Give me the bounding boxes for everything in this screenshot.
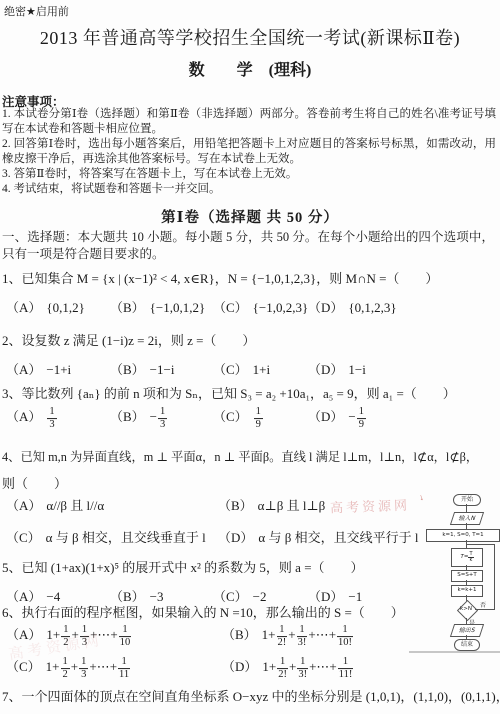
flowchart-init-node: k=1, S=0, T=1 <box>426 529 500 542</box>
option-a: （A）{0,1,2} <box>6 297 85 316</box>
flowchart-assign-k-node: k=k+1 <box>451 585 483 597</box>
option-label: （B） <box>222 627 257 642</box>
flowchart-connector <box>466 504 467 512</box>
question-1-options: （A）{0,1,2} （B）{−1,0,1,2} （C）{−1,0,2,3} （… <box>0 297 500 317</box>
option-value: α⊥β 且 l⊥β <box>258 498 326 513</box>
option-label: （D） <box>308 300 343 315</box>
option-label: （D） <box>222 659 257 674</box>
option-value: 1+12!+13!+⋯+111! <box>262 659 354 674</box>
option-value: 1+i <box>253 362 270 377</box>
notice-item: 3. 答第Ⅱ卷时，将答案写在答题卡上，写在本试卷上无效。 <box>2 167 496 182</box>
option-value: α 与 β 相交，且交线垂直于 l <box>46 530 206 545</box>
option-value: −19 <box>348 409 367 424</box>
option-value: 1+12!+13!+⋯+110! <box>262 627 354 642</box>
flowchart-end-node: 结束 <box>454 639 480 651</box>
option-value: {−1,0,2,3} <box>253 300 309 315</box>
exam-subject: 数 学 (理科) <box>0 57 500 80</box>
option-value: {0,1,2} <box>46 300 84 315</box>
question-4-stem: 4、已知 m,n 为异面直线，m ⊥ 平面α，n ⊥ 平面β。直线 l 满足 l… <box>2 447 478 465</box>
option-label: （C） <box>213 409 248 424</box>
option-value: 1+12+13+⋯+111 <box>46 659 131 674</box>
exam-paper-page: 绝密★启用前 2013 年普通高等学校招生全国统一考试(新课标Ⅱ卷) 数 学 (… <box>0 0 500 714</box>
exam-title: 2013 年普通高等学校招生全国统一考试(新课标Ⅱ卷) <box>0 24 500 50</box>
watermark: 高考资源网 <box>330 495 411 517</box>
question-2-options: （A）−1+i （B）−1−i （C）1+i （D）1−i <box>0 359 500 379</box>
question-3-options: （A）13 （B）−13 （C）19 （D）−19 <box>0 402 500 434</box>
option-label: （A） <box>6 362 41 377</box>
option-label: （B） <box>218 498 253 513</box>
option-c: （C）{−1,0,2,3} <box>213 297 308 316</box>
option-value: −1+i <box>46 362 71 377</box>
notice-item: 4. 考试结束，将试题卷和答题卡一并交回。 <box>2 182 496 197</box>
option-label: （C） <box>213 362 248 377</box>
option-value: 19 <box>253 409 264 424</box>
question-6-stem: 6、执行右面的程序框图，如果输入的 N =10，那么输出的 S =（ ） <box>2 602 404 621</box>
option-d: （D）{0,1,2,3} <box>308 297 397 316</box>
program-flowchart: 开始 输入N k=1, S=0, T=1 T=Tk S=S+T k=k+1 k>… <box>424 492 500 654</box>
question-7-stem: 7、一个四面体的顶点在空间直角坐标系 O−xyz 中的坐标分别是 (1,0,1)… <box>2 686 500 705</box>
option-value: −13 <box>150 409 169 424</box>
option-value: 13 <box>46 409 57 424</box>
option-label: （C） <box>6 530 41 545</box>
flowchart-output-node: 输出S <box>450 624 484 637</box>
option-value: α 与 β 相交，且交线平行于 l <box>258 530 418 545</box>
option-label: （D） <box>218 530 253 545</box>
flowchart-loop-connector <box>466 544 494 545</box>
option-b: （B）{−1,0,1,2} <box>110 297 205 316</box>
flowchart-assign-t-node: T=Tk <box>451 548 483 567</box>
option-b: （B）α⊥β 且 l⊥β <box>218 495 325 514</box>
option-a: （A）α//β 且 l//α <box>6 495 104 514</box>
flowchart-loop-connector <box>475 609 494 610</box>
flowchart-loop-connector <box>494 544 495 610</box>
option-label: （A） <box>6 498 41 513</box>
scan-divider-line <box>409 651 500 653</box>
flowchart-no-label: 否 <box>480 600 486 609</box>
option-value: −1−i <box>150 362 175 377</box>
question-6-options-row-2: （C）1+12+13+⋯+111 （D）1+12!+13!+⋯+111! <box>0 652 500 684</box>
option-value: {−1,0,1,2} <box>150 300 206 315</box>
option-label: （A） <box>6 409 41 424</box>
notice-list: 1. 本试卷分第Ⅰ卷（选择题）和第Ⅱ卷（非选择题）两部分。答卷前考生将自己的姓名… <box>2 107 496 197</box>
question-1-stem: 1、已知集合 M = {x | (x−1)² < 4, x∈R}，N = {−1… <box>2 268 438 287</box>
option-c: （C）α 与 β 相交，且交线垂直于 l <box>6 527 206 546</box>
notice-item: 1. 本试卷分第Ⅰ卷（选择题）和第Ⅱ卷（非选择题）两部分。答卷前考生将自己的姓名… <box>2 107 496 137</box>
option-d: （D）1−i <box>308 359 366 378</box>
option-d: （D）1+12!+13!+⋯+111! <box>222 656 354 680</box>
option-d: （D）−19 <box>308 406 367 430</box>
option-a: （A）13 <box>6 406 58 430</box>
option-label: （B） <box>110 362 145 377</box>
option-c: （C）1+i <box>213 359 270 378</box>
option-b: （B）1+12!+13!+⋯+110! <box>222 624 354 648</box>
option-label: （B） <box>110 409 145 424</box>
notice-item: 2. 回答第Ⅰ卷时，选出每小题答案后，用铅笔把答题卡上对应题目的答案标号标黑，如… <box>2 137 496 167</box>
classification-label: 绝密★启用前 <box>4 3 69 19</box>
flowchart-assign-s-node: S=S+T <box>451 570 483 582</box>
option-value: α//β 且 l//α <box>46 498 104 513</box>
option-b: （B）−13 <box>110 406 168 430</box>
option-value: {0,1,2,3} <box>348 300 396 315</box>
option-label: （A） <box>6 300 41 315</box>
section-heading: 第Ⅰ卷（选择题 共 50 分） <box>0 206 500 227</box>
option-label: （C） <box>213 300 248 315</box>
section-intro: 一、选择题：本大题共 10 小题。每小题 5 分，共 50 分。在每个小题给出的… <box>2 229 494 262</box>
option-d: （D）α 与 β 相交，且交线平行于 l <box>218 527 418 546</box>
option-label: （D） <box>308 362 343 377</box>
question-5-stem: 5、已知 (1+ax)(1+x)⁵ 的展开式中 x² 的系数为 5，则 a =（… <box>2 557 364 576</box>
option-label: （D） <box>308 409 343 424</box>
option-label: （B） <box>110 300 145 315</box>
question-4-stem-continued: 则（ ） <box>2 473 67 492</box>
question-2-stem: 2、设复数 z 满足 (1−i)z = 2i，则 z =（ ） <box>2 330 255 349</box>
option-b: （B）−1−i <box>110 359 174 378</box>
question-3-stem: 3、等比数列 {aₙ} 的前 n 项和为 Sₙ，已知 S₃ = a₂ +10a₁… <box>2 383 456 402</box>
option-c: （C）19 <box>213 406 264 430</box>
flowchart-input-node: 输入N <box>450 512 484 525</box>
flowchart-start-node: 开始 <box>453 494 481 506</box>
option-a: （A）−1+i <box>6 359 71 378</box>
option-value: 1−i <box>348 362 365 377</box>
